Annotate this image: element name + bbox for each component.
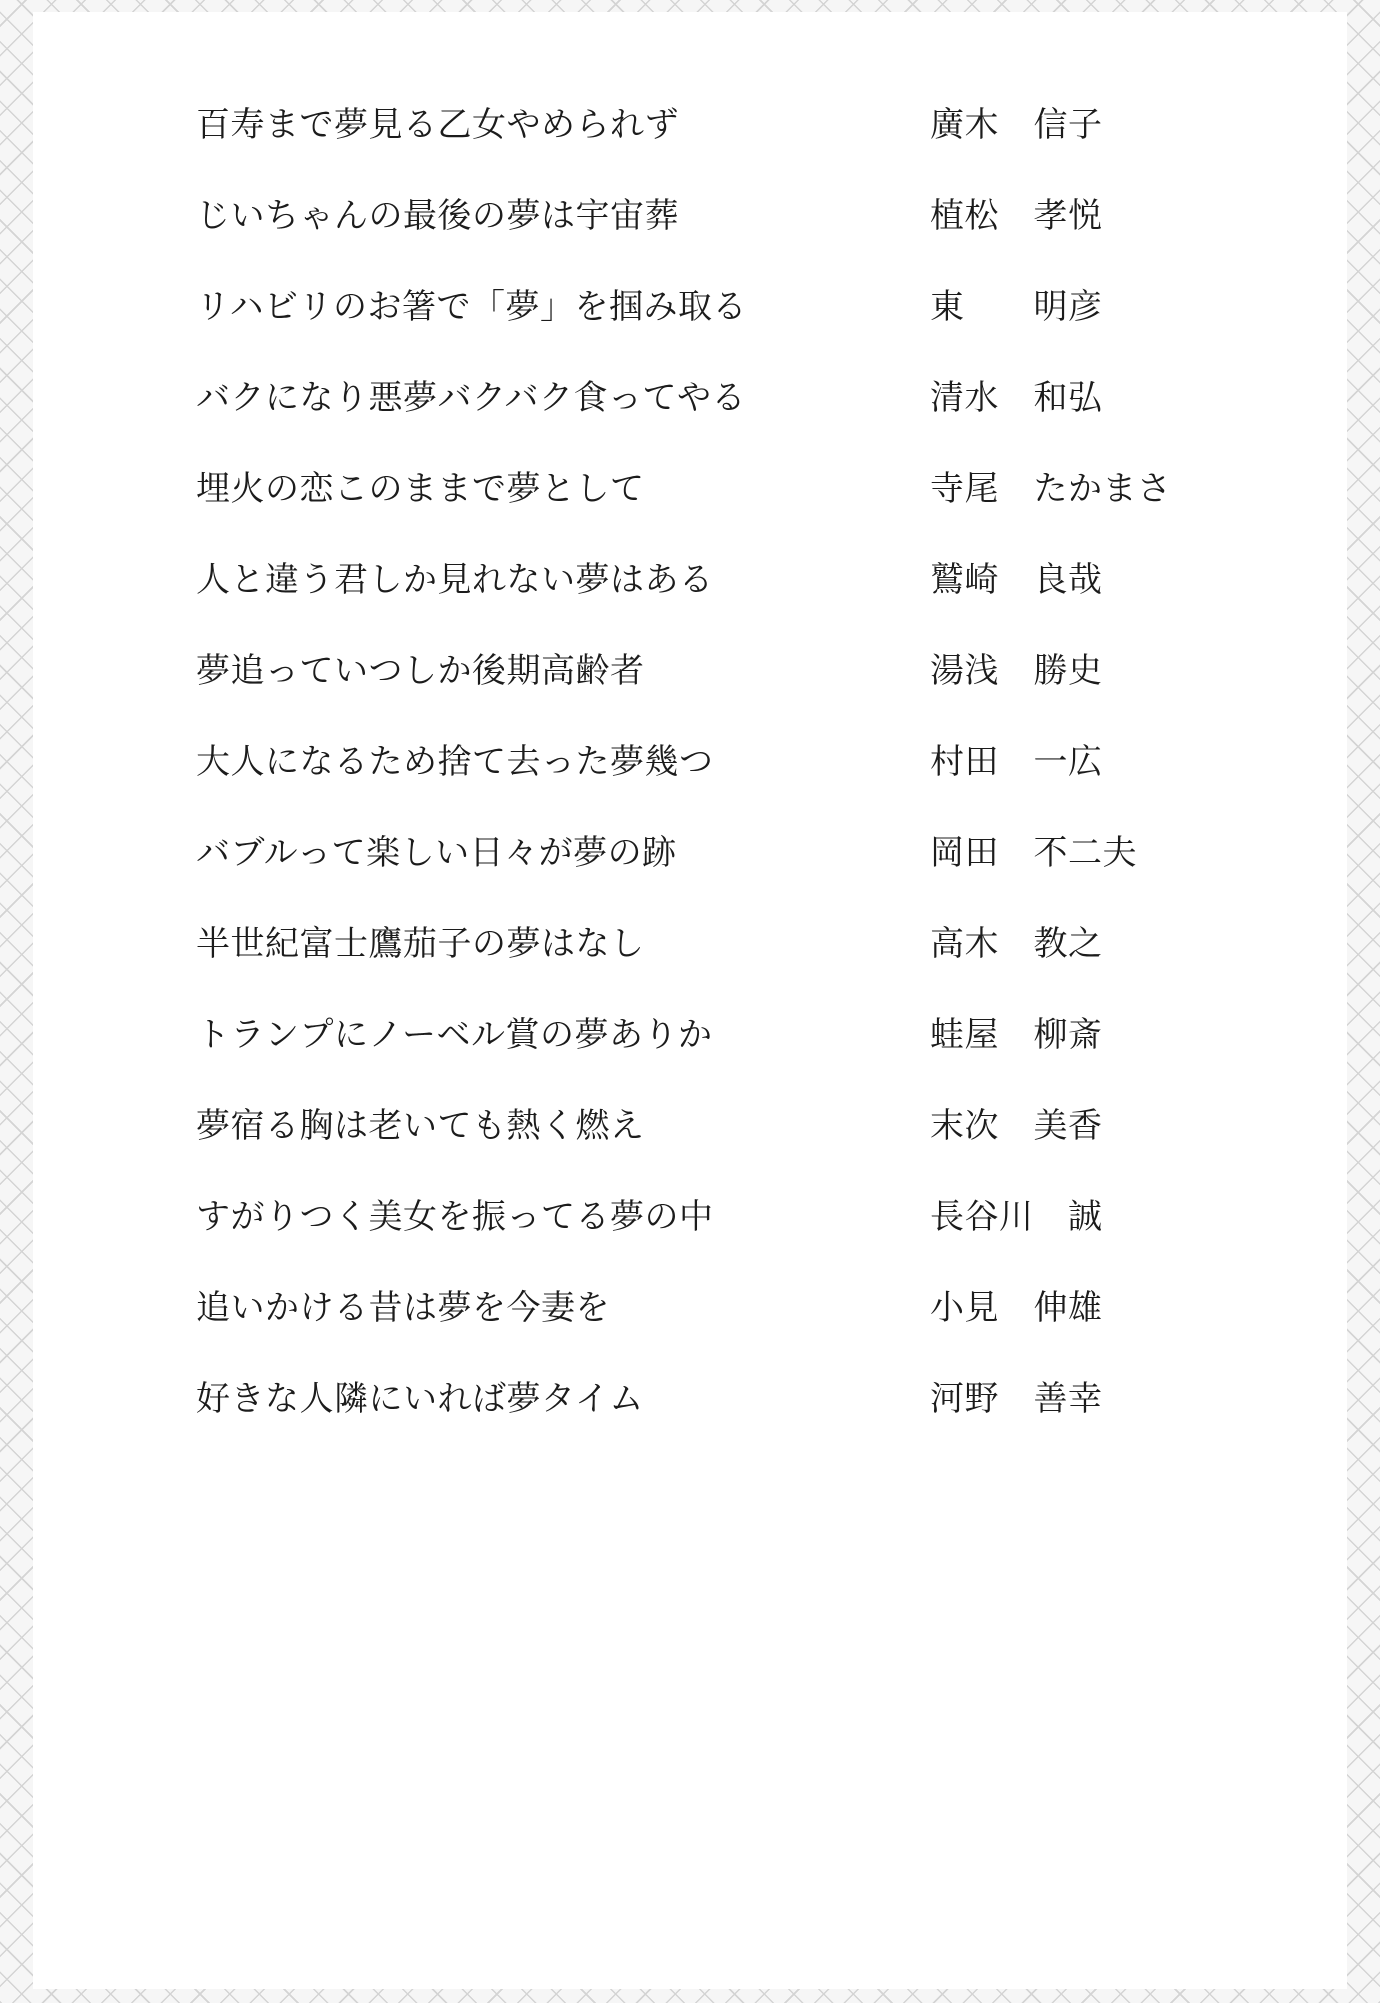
author-name: 鷲崎 良哉 [930, 563, 1103, 597]
author-name: 末次 美香 [930, 1109, 1103, 1143]
author-name: 清水 和弘 [930, 381, 1103, 415]
poem-row: 追いかける昔は夢を今妻を小見 伸雄 [33, 1291, 1347, 1382]
poem-row: 人と違う君しか見れない夢はある鷲崎 良哉 [33, 563, 1347, 654]
author-name: 村田 一広 [930, 745, 1103, 779]
poem-text: じいちゃんの最後の夢は宇宙葬 [196, 199, 679, 233]
author-name: 東 明彦 [930, 290, 1103, 324]
poem-row: 好きな人隣にいれば夢タイム河野 善幸 [33, 1382, 1347, 1473]
author-name: 植松 孝悦 [930, 199, 1103, 233]
poem-row: バブルって楽しい日々が夢の跡岡田 不二夫 [33, 836, 1347, 927]
poem-text: バクになり悪夢バクバク食ってやる [196, 381, 746, 415]
author-name: 寺尾 たかまさ [930, 472, 1172, 506]
poem-text: 夢宿る胸は老いても熱く燃え [196, 1109, 645, 1143]
author-name: 廣木 信子 [930, 108, 1103, 142]
document-background: { "document": { "type": "senryu-poem-lis… [0, 0, 1380, 2003]
poem-row: 埋火の恋このままで夢として寺尾 たかまさ [33, 472, 1347, 563]
poem-row: リハビリのお箸で「夢」を掴み取る東 明彦 [33, 290, 1347, 381]
document-page: 百寿まで夢見る乙女やめられず廣木 信子じいちゃんの最後の夢は宇宙葬植松 孝悦リハ… [33, 12, 1347, 1989]
poem-text: 人と違う君しか見れない夢はある [196, 563, 714, 597]
poem-row: 百寿まで夢見る乙女やめられず廣木 信子 [33, 108, 1347, 199]
poem-row: トランプにノーベル賞の夢ありか蛙屋 柳斎 [33, 1018, 1347, 1109]
poem-list: 百寿まで夢見る乙女やめられず廣木 信子じいちゃんの最後の夢は宇宙葬植松 孝悦リハ… [33, 108, 1347, 1473]
poem-text: トランプにノーベル賞の夢ありか [196, 1018, 712, 1052]
poem-text: 追いかける昔は夢を今妻を [196, 1291, 610, 1325]
author-name: 小見 伸雄 [930, 1291, 1103, 1325]
poem-text: リハビリのお箸で「夢」を掴み取る [196, 290, 747, 324]
poem-text: バブルって楽しい日々が夢の跡 [196, 836, 677, 870]
author-name: 高木 教之 [930, 927, 1103, 961]
poem-row: 半世紀富士鷹茄子の夢はなし高木 教之 [33, 927, 1347, 1018]
poem-text: 好きな人隣にいれば夢タイム [196, 1382, 644, 1416]
poem-row: 夢宿る胸は老いても熱く燃え末次 美香 [33, 1109, 1347, 1200]
poem-text: 大人になるため捨て去った夢幾つ [196, 745, 714, 779]
poem-row: すがりつく美女を振ってる夢の中長谷川 誠 [33, 1200, 1347, 1291]
author-name: 長谷川 誠 [930, 1200, 1103, 1234]
author-name: 河野 善幸 [930, 1382, 1103, 1416]
poem-row: じいちゃんの最後の夢は宇宙葬植松 孝悦 [33, 199, 1347, 290]
poem-row: 大人になるため捨て去った夢幾つ村田 一広 [33, 745, 1347, 836]
author-name: 岡田 不二夫 [930, 836, 1137, 870]
author-name: 湯浅 勝史 [930, 654, 1103, 688]
poem-row: 夢追っていつしか後期高齢者湯浅 勝史 [33, 654, 1347, 745]
poem-text: 半世紀富士鷹茄子の夢はなし [196, 927, 645, 961]
poem-text: 百寿まで夢見る乙女やめられず [196, 108, 679, 142]
poem-text: すがりつく美女を振ってる夢の中 [196, 1200, 714, 1234]
poem-row: バクになり悪夢バクバク食ってやる清水 和弘 [33, 381, 1347, 472]
author-name: 蛙屋 柳斎 [930, 1018, 1103, 1052]
poem-text: 夢追っていつしか後期高齢者 [196, 654, 645, 688]
poem-text: 埋火の恋このままで夢として [196, 472, 645, 506]
